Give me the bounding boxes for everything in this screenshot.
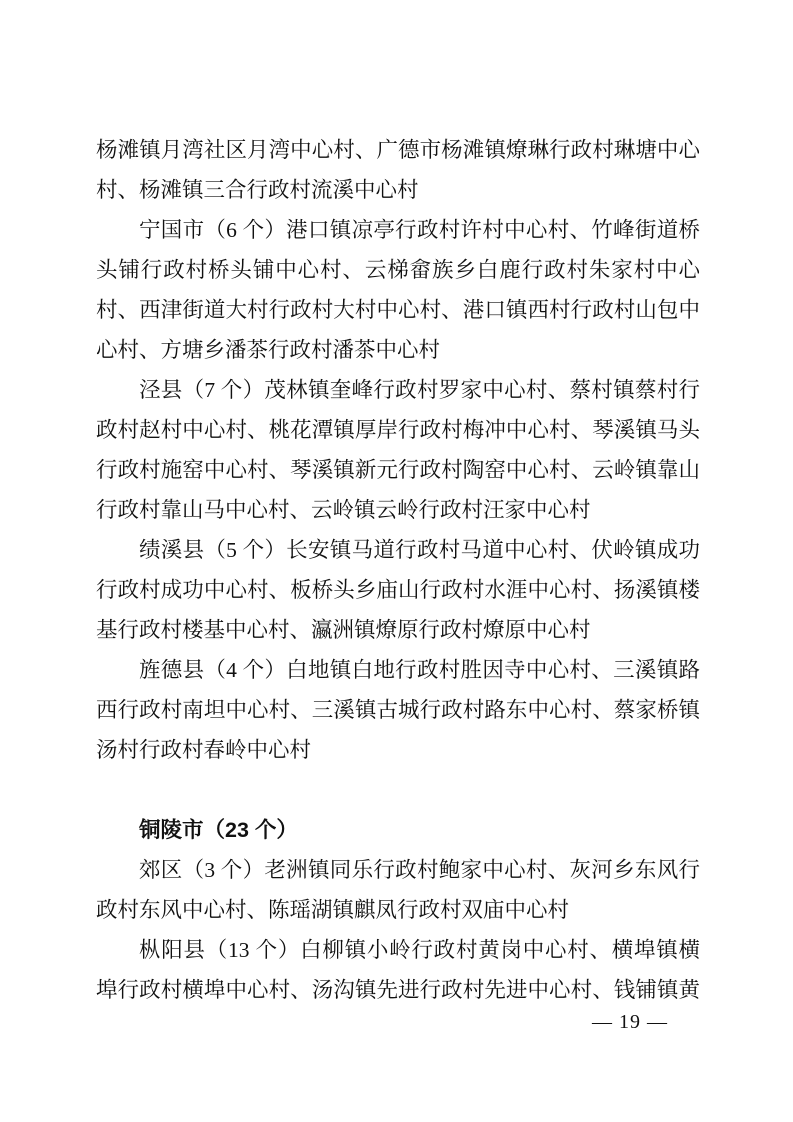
- text-line: 政村东风中心村、陈瑶湖镇麒凤行政村双庙中心村: [96, 890, 700, 930]
- text-line: 枞阳县（13 个）白柳镇小岭行政村黄岗中心村、横埠镇横: [96, 930, 700, 970]
- text-line: 泾县（7 个）茂林镇奎峰行政村罗家中心村、蔡村镇蔡村行: [96, 370, 700, 410]
- text-line: 旌德县（4 个）白地镇白地行政村胜因寺中心村、三溪镇路: [96, 650, 700, 690]
- blank-line: [96, 770, 700, 810]
- text-line: 村、西津街道大村行政村大村中心村、港口镇西村行政村山包中: [96, 290, 700, 330]
- text-line: 西行政村南坦中心村、三溪镇古城行政村路东中心村、蔡家桥镇: [96, 690, 700, 730]
- section-heading-tongling: 铜陵市（23 个）: [96, 810, 700, 850]
- text-line: 杨滩镇月湾社区月湾中心村、广德市杨滩镇燎琳行政村琳塘中心: [96, 130, 700, 170]
- text-line: 埠行政村横埠中心村、汤沟镇先进行政村先进中心村、钱铺镇黄: [96, 970, 700, 1010]
- page-number: — 19 —: [592, 1008, 668, 1036]
- text-line: 基行政村楼基中心村、瀛洲镇燎原行政村燎原中心村: [96, 610, 700, 650]
- text-line: 汤村行政村春岭中心村: [96, 730, 700, 770]
- document-page: 杨滩镇月湾社区月湾中心村、广德市杨滩镇燎琳行政村琳塘中心 村、杨滩镇三合行政村流…: [0, 0, 793, 1122]
- text-line: 绩溪县（5 个）长安镇马道行政村马道中心村、伏岭镇成功: [96, 530, 700, 570]
- text-line: 宁国市（6 个）港口镇凉亭行政村许村中心村、竹峰街道桥: [96, 210, 700, 250]
- text-line: 郊区（3 个）老洲镇同乐行政村鲍家中心村、灰河乡东风行: [96, 850, 700, 890]
- text-line: 行政村成功中心村、板桥头乡庙山行政村水涯中心村、扬溪镇楼: [96, 570, 700, 610]
- body-text: 杨滩镇月湾社区月湾中心村、广德市杨滩镇燎琳行政村琳塘中心 村、杨滩镇三合行政村流…: [96, 130, 700, 1010]
- text-line: 行政村施窑中心村、琴溪镇新元行政村陶窑中心村、云岭镇靠山: [96, 450, 700, 490]
- text-line: 村、杨滩镇三合行政村流溪中心村: [96, 170, 700, 210]
- text-line: 心村、方塘乡潘茶行政村潘茶中心村: [96, 330, 700, 370]
- text-line: 行政村靠山马中心村、云岭镇云岭行政村汪家中心村: [96, 490, 700, 530]
- text-line: 政村赵村中心村、桃花潭镇厚岸行政村梅冲中心村、琴溪镇马头: [96, 410, 700, 450]
- text-line: 头铺行政村桥头铺中心村、云梯畲族乡白鹿行政村朱家村中心: [96, 250, 700, 290]
